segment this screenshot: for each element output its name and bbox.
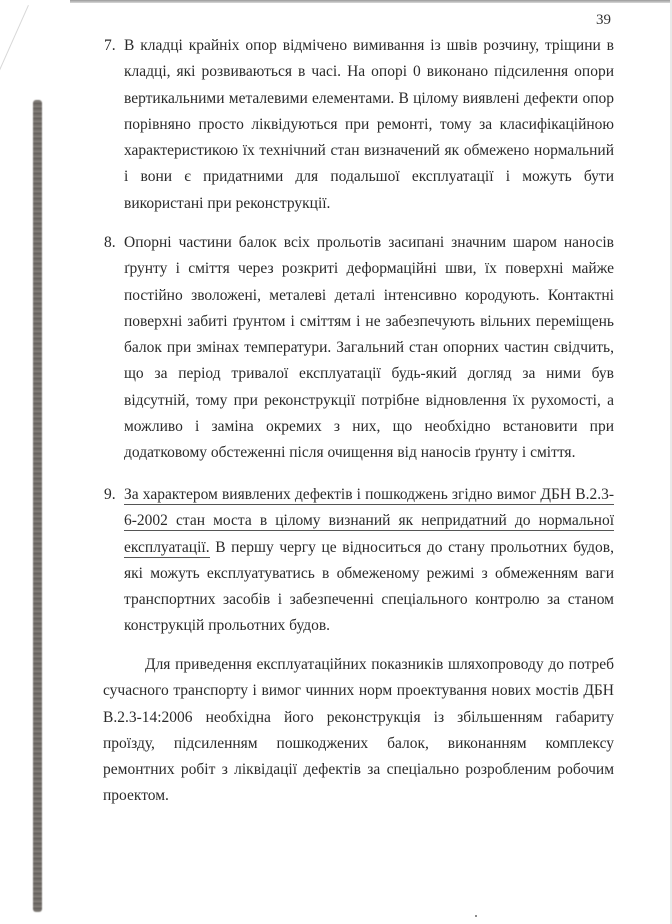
- list-item-8: 8. Опорні частини балок всіх прольотів з…: [104, 230, 614, 467]
- list-item-text: За характером виявлених дефектів і пошко…: [124, 482, 614, 640]
- list-item-number: 8.: [104, 230, 116, 256]
- scan-speck: [475, 915, 477, 917]
- binding-shadow-strip: [33, 100, 42, 912]
- list-item-7: 7. В кладці крайніх опор відмічено вимив…: [104, 33, 614, 217]
- list-item-9: 9. За характером виявлених дефектів і по…: [104, 482, 614, 640]
- list-item-number: 7.: [104, 33, 116, 59]
- page-number: 39: [596, 12, 611, 29]
- list-item-number: 9.: [104, 482, 116, 508]
- scan-top-edge: [70, 0, 672, 3]
- scan-fold-line: [0, 5, 29, 124]
- list-item-text: Опорні частини балок всіх прольотів заси…: [124, 230, 614, 467]
- conclusion-paragraph: Для приведення експлуатаційних показникі…: [103, 652, 614, 810]
- list-item-text: В кладці крайніх опор відмічено вимиванн…: [124, 33, 614, 217]
